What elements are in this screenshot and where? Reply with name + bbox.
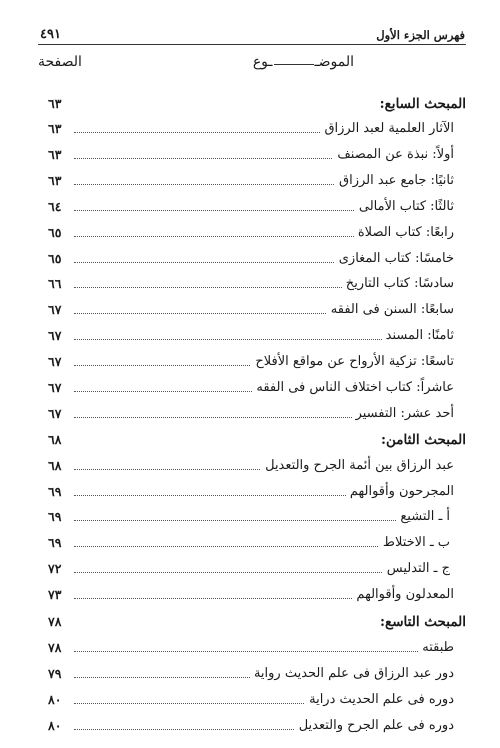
toc-page-number: ٦٧	[48, 376, 70, 400]
toc-entry: أحد عشر: التفسير٦٧	[0, 402, 500, 426]
page-column-header: الصفحة	[38, 54, 82, 70]
toc-page-number: ٦٧	[48, 402, 70, 426]
toc-page-number: ٧٩	[48, 662, 70, 686]
toc-entry-title: الآثار العلمية لعبد الرزاق	[320, 117, 454, 141]
toc-page-number: ٦٣	[48, 117, 70, 141]
toc-entry: طبقته٧٨	[0, 636, 500, 660]
toc-entry: أ ـ التشيع٦٩	[0, 505, 500, 529]
toc-page-number: ٧٨	[48, 610, 70, 634]
toc-entry-title: المعدلون وأقوالهم	[352, 583, 454, 607]
toc-page-number: ٧٨	[48, 636, 70, 660]
toc-page-number: ٧٣	[48, 583, 70, 607]
toc-entry-title: دور عبد الرزاق فى علم الحديث رواية	[250, 662, 454, 686]
running-head-title: فهرس الجزء الأول	[376, 28, 465, 42]
toc-entry-title: سابعًا: السنن فى الفقه	[327, 298, 454, 322]
toc-page-number: ٦٦	[48, 272, 70, 296]
toc-entry-title: دوره فى علم الحديث دراية	[305, 688, 454, 712]
toc-entry: خامسًا: كتاب المغازى٦٥	[0, 247, 500, 271]
toc-entry-title: أحد عشر: التفسير	[352, 402, 454, 426]
running-head: فهرس الجزء الأول ٤٩١	[40, 24, 465, 42]
toc-entry-title: المجرحون وأقوالهم	[346, 480, 454, 504]
toc-page-number: ٨٠	[48, 714, 70, 738]
toc-page-number: ٦٩	[48, 505, 70, 529]
toc-entry-title: أولاً: نبذة عن المصنف	[333, 143, 454, 167]
toc-entry: المعدلون وأقوالهم٧٣	[0, 583, 500, 607]
toc-entry-title: طبقته	[418, 636, 454, 660]
toc-entry: ثامنًا: المسند٦٧	[0, 324, 500, 348]
toc-entry-title: المبحث السابع:	[376, 92, 466, 116]
topic-column-header: الموضــوع	[253, 54, 354, 70]
toc-page-number: ٦٨	[48, 454, 70, 478]
toc-entry-title: سادسًا: كتاب التاريخ	[342, 272, 454, 296]
topic-header-end: ـوع	[253, 54, 273, 70]
toc-entry: ج ـ التدليس٧٢	[0, 557, 500, 581]
toc-entry-title: عاشراً: كتاب اختلاف الناس فى الفقه	[252, 376, 454, 400]
toc-page-number: ٦٥	[48, 221, 70, 245]
toc-entry: المجرحون وأقوالهم٦٩	[0, 480, 500, 504]
toc-entry: ب ـ الاختلاط٦٩	[0, 531, 500, 555]
toc-entry: أولاً: نبذة عن المصنف٦٣	[0, 143, 500, 167]
toc-page-number: ٦٣	[48, 143, 70, 167]
toc-entry: عبد الرزاق بين أئمة الجرح والتعديل٦٨	[0, 454, 500, 478]
toc-entry-title: ثانيًا: جامع عبد الرزاق	[335, 169, 454, 193]
toc-entry: سابعًا: السنن فى الفقه٦٧	[0, 298, 500, 322]
column-headers: الموضــوع الصفحة	[38, 54, 466, 76]
toc-entry-title: المبحث الثامن:	[377, 428, 466, 452]
toc-entry-title: ثامنًا: المسند	[382, 324, 454, 348]
toc-entry-title: أ ـ التشيع	[396, 505, 450, 529]
toc-page-number: ٦٤	[48, 195, 70, 219]
toc-section-heading: المبحث التاسع:٧٨	[0, 610, 500, 634]
toc-section-heading: المبحث الثامن:٦٨	[0, 428, 500, 452]
header-rule	[38, 44, 466, 45]
toc-page-number: ٦٥	[48, 247, 70, 271]
toc-entry: دور عبد الرزاق فى علم الحديث رواية٧٩	[0, 662, 500, 686]
kashida-stretch	[274, 64, 314, 65]
toc-entry-title: ثالثًا: كتاب الأمالى	[355, 195, 454, 219]
toc-entry: دوره فى علم الجرح والتعديل٨٠	[0, 714, 500, 738]
toc-page-number: ٦٧	[48, 350, 70, 374]
toc-entry-title: تاسعًا: تزكية الأرواح عن مواقع الأفلاح	[251, 350, 454, 374]
toc-page-number: ٦٣	[48, 92, 70, 116]
toc-entry-title: المبحث التاسع:	[376, 610, 466, 634]
dot-leader	[74, 651, 440, 652]
toc-entry-title: ج ـ التدليس	[383, 557, 450, 581]
toc-entry-title: دوره فى علم الجرح والتعديل	[295, 714, 454, 738]
toc-entry: ثالثًا: كتاب الأمالى٦٤	[0, 195, 500, 219]
toc-entry-title: رابعًا: كتاب الصلاة	[354, 221, 454, 245]
toc-page-number: ٦٧	[48, 298, 70, 322]
toc-page-number: ٦٣	[48, 169, 70, 193]
toc-entry-title: عبد الرزاق بين أئمة الجرح والتعديل	[261, 454, 454, 478]
toc-entry-title: خامسًا: كتاب المغازى	[335, 247, 454, 271]
toc-entry: رابعًا: كتاب الصلاة٦٥	[0, 221, 500, 245]
toc-page-number: ٦٩	[48, 480, 70, 504]
toc-page-number: ٦٩	[48, 531, 70, 555]
topic-header-start: الموضـ	[315, 54, 354, 70]
toc-page-number: ٦٧	[48, 324, 70, 348]
toc-entry: الآثار العلمية لعبد الرزاق٦٣	[0, 117, 500, 141]
toc-entry: عاشراً: كتاب اختلاف الناس فى الفقه٦٧	[0, 376, 500, 400]
page-number: ٤٩١	[40, 27, 61, 42]
toc-entry: دوره فى علم الحديث دراية٨٠	[0, 688, 500, 712]
book-page: فهرس الجزء الأول ٤٩١ الموضــوع الصفحة ال…	[0, 0, 500, 748]
toc-entry: سادسًا: كتاب التاريخ٦٦	[0, 272, 500, 296]
toc-entry: ثانيًا: جامع عبد الرزاق٦٣	[0, 169, 500, 193]
toc-page-number: ٧٢	[48, 557, 70, 581]
toc-page-number: ٨٠	[48, 688, 70, 712]
dot-leader	[74, 520, 440, 521]
toc-entry-title: ب ـ الاختلاط	[379, 531, 450, 555]
toc-section-heading: المبحث السابع:٦٣	[0, 92, 500, 116]
toc-entry: تاسعًا: تزكية الأرواح عن مواقع الأفلاح٦٧	[0, 350, 500, 374]
toc-page-number: ٦٨	[48, 428, 70, 452]
